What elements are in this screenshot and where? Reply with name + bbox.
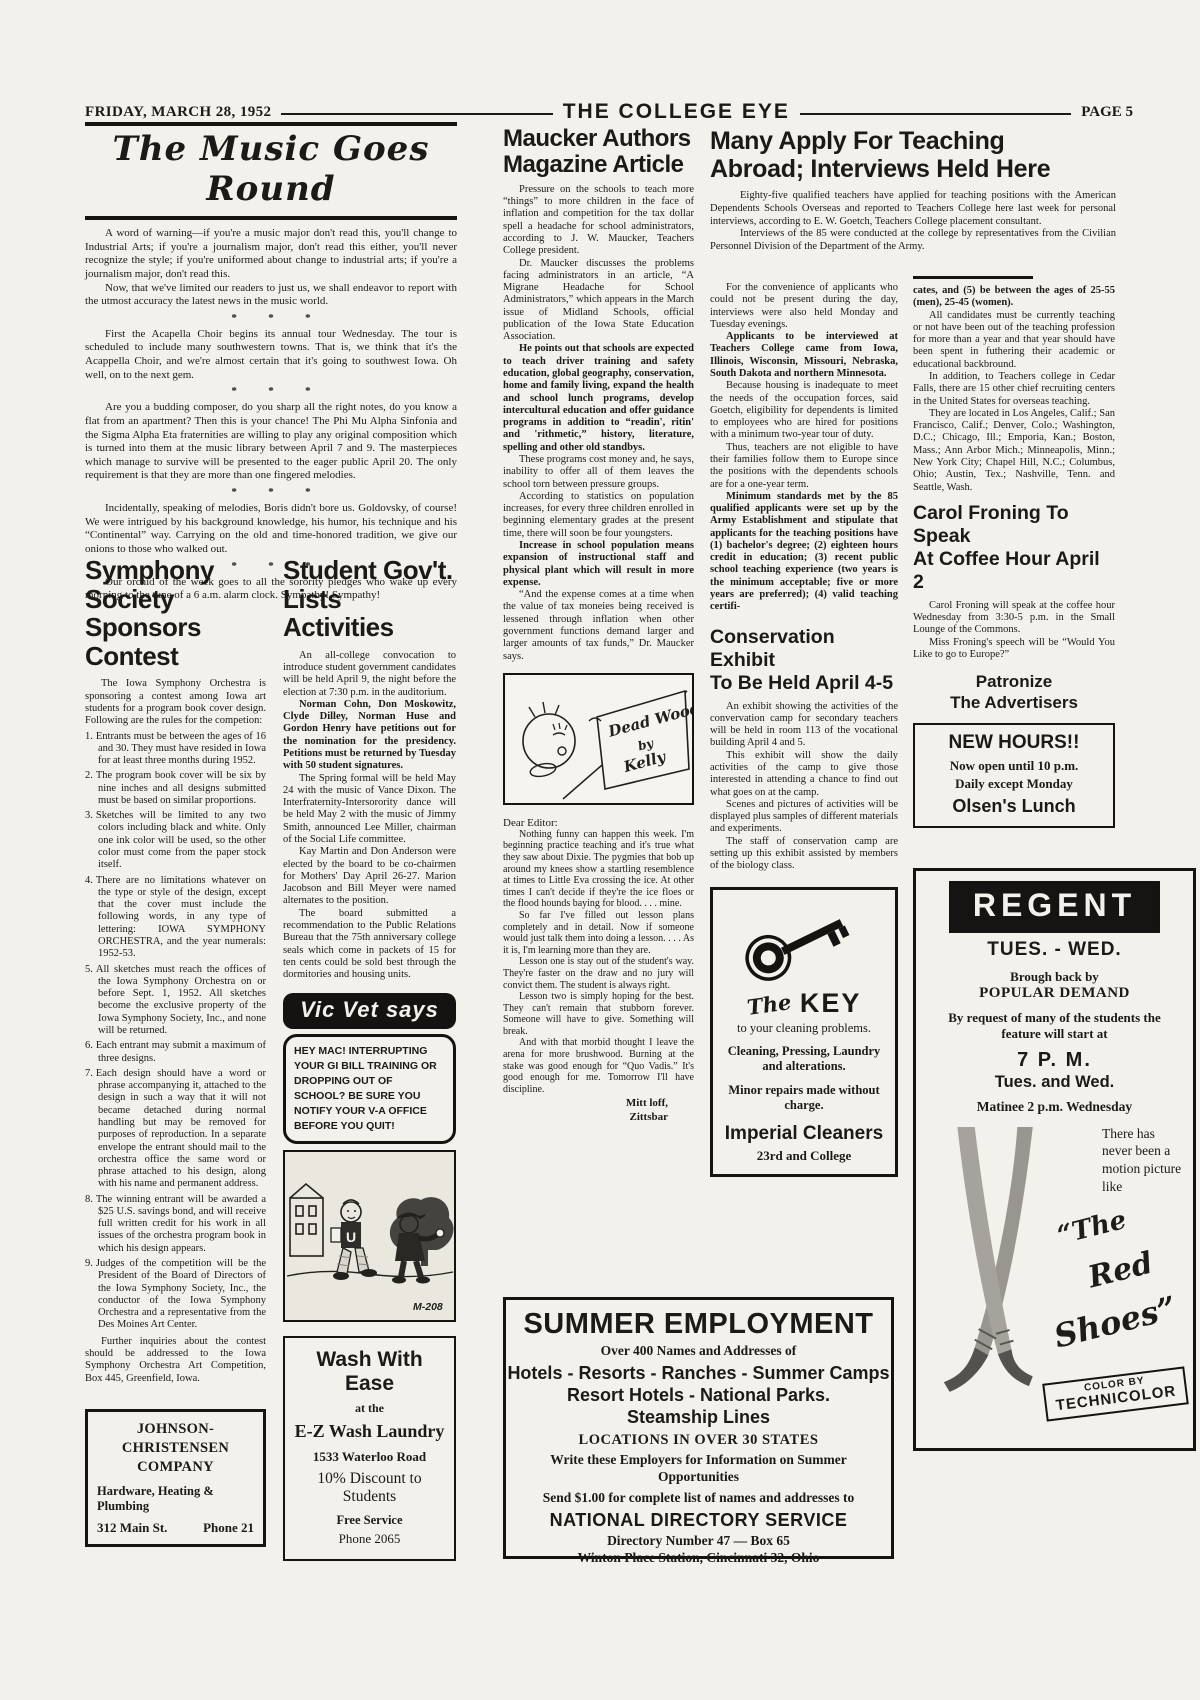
ad-address: 23rd and College — [720, 1148, 888, 1164]
regent-logo: REGENT — [949, 881, 1160, 933]
rule-text: There are no limitations whatever on the… — [96, 875, 266, 960]
ad-services: Hardware, Heating & Plumbing — [97, 1484, 254, 1514]
article-paragraph: The Iowa Symphony Orchestra is sponsorin… — [85, 678, 266, 727]
ad-note: Minor repairs made without charge. — [720, 1083, 888, 1114]
music-paragraph: First the Acapella Choir begins its annu… — [85, 328, 457, 383]
rule-number: 3. — [85, 810, 93, 821]
article-paragraph: An exhibit showing the activities of the… — [710, 701, 898, 750]
ad-line: Hotels - Resorts - Ranches - Summer Camp… — [506, 1363, 891, 1384]
ad-headline: Wash With Ease — [291, 1348, 448, 1396]
ad-phone: Phone 21 — [203, 1520, 254, 1536]
article-paragraph: The Spring formal will be held May 24 wi… — [283, 773, 456, 847]
section-divider: * * * — [85, 313, 457, 324]
article-paragraph: Increase in school population means expa… — [503, 540, 694, 589]
cartoon-illustration: Dead Wood by Kelly — [505, 675, 692, 803]
advertiser-name: JOHNSON-CHRISTENSEN — [97, 1420, 254, 1458]
ad-service: Free Service — [291, 1513, 448, 1528]
article-headline: Carol Froning To Speak — [913, 502, 1115, 548]
article-paragraph: cates, and (5) be between the ages of 25… — [913, 285, 1115, 310]
article-paragraph: Pressure on the schools to teach more “t… — [503, 184, 694, 258]
article-paragraph: Kay Martin and Don Anderson were elected… — [283, 846, 456, 907]
article-paragraph: Applicants to be interviewed at Teachers… — [710, 331, 898, 380]
rule-text: Each design should have a word or phrase… — [96, 1068, 266, 1190]
ad-line: Brough back by — [916, 969, 1193, 985]
article-paragraph: These programs cost money and, he says, … — [503, 454, 694, 491]
regent-theater-ad: REGENT TUES. - WED. Brough back by POPUL… — [913, 868, 1196, 1451]
ad-hours: Daily except Monday — [919, 776, 1109, 792]
notice-line: The Advertisers — [913, 692, 1115, 713]
header-rule — [800, 113, 1071, 115]
article-paragraph: “And the expense comes at a time when th… — [503, 589, 694, 663]
ad-subhead: Over 400 Names and Addresses of — [506, 1343, 891, 1359]
contest-rules-list: 1.Entrants must be between the ages of 1… — [85, 731, 266, 1332]
ad-line: Steamship Lines — [506, 1407, 891, 1428]
ad-subtext: at the — [291, 1401, 448, 1416]
article-headline: Maucker Authors — [503, 126, 694, 152]
masthead: THE COLLEGE EYE — [563, 100, 790, 124]
svg-text:U: U — [346, 1229, 356, 1245]
rule-item: 6.Each entrant may submit a maximum of t… — [85, 1040, 266, 1065]
music-paragraph: Now, that we've limited our readers to j… — [85, 282, 457, 309]
ad-tagline: to your cleaning problems. — [720, 1021, 888, 1036]
teaching-abroad-column-b: cates, and (5) be between the ages of 25… — [913, 276, 1115, 828]
key-icon — [729, 898, 879, 983]
ad-line: Send $1.00 for complete list of names an… — [506, 1490, 891, 1506]
rule-number: 9. — [85, 1258, 93, 1269]
letter-paragraph: Lesson two is simply hoping for the best… — [503, 991, 694, 1037]
ad-directory: Directory Number 47 — Box 65 — [506, 1533, 891, 1549]
letter-paragraph: And with that morbid thought I leave the… — [503, 1037, 694, 1095]
ad-line: Resort Hotels - National Parks. — [506, 1385, 891, 1406]
ballet-legs-illustration — [922, 1127, 1072, 1417]
rule-number: 1. — [85, 731, 93, 742]
article-headline: Sponsors Contest — [85, 613, 266, 670]
rule-text: Each entrant may submit a maximum of thr… — [96, 1040, 266, 1063]
advertiser-name: E-Z Wash Laundry — [291, 1421, 448, 1442]
teaching-abroad-column-a: For the convenience of applicants who co… — [710, 282, 898, 1177]
rule-text: Judges of the competition will be the Pr… — [96, 1258, 266, 1330]
music-column-title: The Music Goes Round — [85, 126, 457, 216]
ad-address: Winton Place Station, Cincinnati 32, Ohi… — [506, 1550, 891, 1566]
johnson-christensen-ad: JOHNSON-CHRISTENSEN COMPANY Hardware, He… — [85, 1409, 266, 1548]
red-shoes-art: There has never been a motion picture li… — [916, 1121, 1193, 1421]
summer-employment-ad: SUMMER EMPLOYMENT Over 400 Names and Add… — [503, 1297, 894, 1559]
rule-item: 7.Each design should have a word or phra… — [85, 1068, 266, 1191]
rule-number: 5. — [85, 964, 93, 975]
advertiser-name: Olsen's Lunch — [919, 796, 1109, 817]
ad-headline: SUMMER EMPLOYMENT — [506, 1308, 891, 1341]
rule-item: 4.There are no limitations whatever on t… — [85, 875, 266, 961]
rule-text: All sketches must reach the offices of t… — [96, 964, 266, 1036]
vic-vet-banner: Vic Vet says — [283, 993, 456, 1029]
rule-item: 5.All sketches must reach the offices of… — [85, 964, 266, 1038]
teaching-abroad-article: Many Apply For Teaching Abroad; Intervie… — [710, 128, 1116, 254]
ad-name: KEY — [800, 988, 862, 1018]
page-header: FRIDAY, MARCH 28, 1952 THE COLLEGE EYE P… — [85, 100, 1133, 124]
article-paragraph: All candidates must be currently teachin… — [913, 310, 1115, 371]
rule-number: 7. — [85, 1068, 93, 1079]
article-paragraph: The staff of conservation camp are setti… — [710, 836, 898, 873]
deadwood-cartoon: Dead Wood by Kelly — [503, 673, 694, 805]
matinee-time: Matinee 2 p.m. Wednesday — [916, 1099, 1193, 1115]
article-paragraph: Minimum standards met by the 85 qualifie… — [710, 491, 898, 614]
ad-line: Write these Employers for Information on… — [506, 1452, 891, 1486]
music-goes-round-column: The Music Goes Round A word of warning—i… — [85, 122, 457, 603]
cartoon-signature: M-208 — [413, 1301, 443, 1313]
ad-headline: NEW HOURS!! — [919, 732, 1109, 754]
student-gov-article: Student Gov't. Lists Activities An all-c… — [283, 556, 456, 1561]
rule-text: Sketches will be limited to any two colo… — [96, 810, 266, 870]
article-paragraph: In addition, to Teachers college in Ceda… — [913, 371, 1115, 408]
article-paragraph: Norman Cohn, Don Moskowitz, Clyde Dilley… — [283, 699, 456, 773]
vic-vet-ad: Vic Vet says HEY MAC! INTERRUPTING YOUR … — [283, 993, 456, 1321]
page-date: FRIDAY, MARCH 28, 1952 — [85, 104, 271, 121]
show-time: 7 P. M. — [916, 1049, 1193, 1072]
article-paragraph: The board submitted a recommendation to … — [283, 908, 456, 982]
letter-paragraph: Nothing funny can happen this week. I'm … — [503, 829, 694, 910]
ad-address: 1533 Waterloo Road — [291, 1449, 448, 1465]
advertiser-name: COMPANY — [97, 1458, 254, 1477]
section-divider: * * * — [85, 386, 457, 397]
symphony-article: Symphony Society Sponsors Contest The Io… — [85, 556, 266, 1547]
rule-item: 1.Entrants must be between the ages of 1… — [85, 731, 266, 768]
music-paragraph: A word of warning—if you're a music majo… — [85, 227, 457, 282]
music-paragraph: Are you a budding composer, do you sharp… — [85, 401, 457, 483]
conservation-article: Conservation Exhibit To Be Held April 4-… — [710, 626, 898, 873]
rule-number: 2. — [85, 770, 93, 781]
article-headline: Many Apply For Teaching — [710, 128, 1116, 156]
ad-tagline: There has never been a motion picture li… — [1102, 1125, 1188, 1196]
movie-title: Red — [1085, 1245, 1157, 1295]
rule-number: 6. — [85, 1040, 93, 1051]
letter-signature: Zittsbar — [503, 1111, 668, 1125]
header-rule — [281, 113, 552, 115]
column-rule — [913, 276, 1033, 279]
article-headline: Symphony Society — [85, 556, 266, 613]
music-paragraph: Incidentally, speaking of melodies, Bori… — [85, 502, 457, 557]
article-headline: Student Gov't. — [283, 556, 456, 585]
ad-phone: Phone 2065 — [291, 1531, 448, 1547]
advertiser-name: NATIONAL DIRECTORY SERVICE — [506, 1510, 891, 1531]
rule-item: 9.Judges of the competition will be the … — [85, 1258, 266, 1332]
article-paragraph: Scenes and pictures of activities will b… — [710, 799, 898, 836]
rule-text: Entrants must be between the ages of 16 … — [96, 731, 266, 767]
letter-paragraph: Lesson one is stay out of the student's … — [503, 956, 694, 991]
article-paragraph: Dr. Maucker discusses the problems facin… — [503, 258, 694, 344]
ad-name-script: The — [745, 989, 792, 1020]
froning-article: Carol Froning To Speak At Coffee Hour Ap… — [913, 502, 1115, 661]
speech-bubble: HEY MAC! INTERRUPTING YOUR GI BILL TRAIN… — [283, 1034, 456, 1143]
ad-discount: 10% Discount to Students — [291, 1470, 448, 1506]
article-paragraph: Further inquiries about the contest shou… — [85, 1336, 266, 1385]
advertiser-name: Imperial Cleaners — [720, 1123, 888, 1145]
rule-text: The program book cover will be six by ni… — [96, 770, 266, 806]
show-days: Tues. and Wed. — [916, 1073, 1193, 1092]
letter-to-editor: Nothing funny can happen this week. I'm … — [503, 829, 694, 1125]
ad-line: By request of many of the students the f… — [930, 1010, 1179, 1043]
rule-text: The winning entrant will be awarded a $2… — [96, 1194, 266, 1254]
article-headline: At Coffee Hour April 2 — [913, 548, 1115, 594]
article-paragraph: This exhibit will show the daily activit… — [710, 750, 898, 799]
notice-line: Patronize — [913, 671, 1115, 692]
ad-services: Cleaning, Pressing, Laundry and alterati… — [720, 1044, 888, 1075]
article-headline: Abroad; Interviews Held Here — [710, 156, 1116, 184]
article-paragraph: Eighty-five qualified teachers have appl… — [710, 190, 1116, 228]
article-paragraph: According to statistics on population in… — [503, 491, 694, 540]
imperial-cleaners-ad: The KEY to your cleaning problems. Clean… — [710, 887, 898, 1178]
rule-number: 8. — [85, 1194, 93, 1205]
letter-paragraph: So far I've filled out lesson plans comp… — [503, 910, 694, 956]
ad-line: POPULAR DEMAND — [916, 985, 1193, 1002]
article-paragraph: An all-college convocation to introduce … — [283, 650, 456, 699]
article-paragraph: Thus, teachers are not eligible to have … — [710, 442, 898, 491]
page-number: PAGE 5 — [1081, 104, 1133, 121]
article-paragraph: He points out that schools are expected … — [503, 343, 694, 454]
article-headline: Conservation Exhibit — [710, 626, 898, 672]
patronize-notice: Patronize The Advertisers — [913, 671, 1115, 714]
article-paragraph: Carol Froning will speak at the coffee h… — [913, 600, 1115, 637]
article-headline: Magazine Article — [503, 152, 694, 178]
maucker-article: Maucker Authors Magazine Article Pressur… — [503, 126, 694, 1292]
show-days: TUES. - WED. — [916, 939, 1193, 961]
article-paragraph: For the convenience of applicants who co… — [710, 282, 898, 331]
article-paragraph: Interviews of the 85 were conducted at t… — [710, 228, 1116, 254]
olsens-lunch-ad: NEW HOURS!! Now open until 10 p.m. Daily… — [913, 723, 1115, 828]
article-headline: Lists Activities — [283, 585, 456, 642]
ad-hours: Now open until 10 p.m. — [919, 758, 1109, 774]
article-paragraph: Because housing is inadequate to meet th… — [710, 380, 898, 441]
letter-salutation: Dear Editor: — [503, 817, 694, 829]
section-divider: * * * — [85, 487, 457, 498]
rule-number: 4. — [85, 875, 93, 886]
ad-address: 312 Main St. — [97, 1520, 167, 1536]
article-paragraph: They are located in Los Angeles, Calif.;… — [913, 408, 1115, 494]
column-rule — [85, 216, 457, 220]
article-paragraph: Miss Froning's speech will be “Would You… — [913, 637, 1115, 662]
newspaper-page: FRIDAY, MARCH 28, 1952 THE COLLEGE EYE P… — [0, 0, 1200, 1700]
vic-vet-cartoon: U M-208 — [283, 1150, 456, 1322]
ez-wash-laundry-ad: Wash With Ease at the E-Z Wash Laundry 1… — [283, 1336, 456, 1561]
rule-item: 2.The program book cover will be six by … — [85, 770, 266, 807]
cartoon-illustration: U M-208 — [285, 1152, 454, 1320]
article-headline: To Be Held April 4-5 — [710, 672, 898, 695]
letter-signature: Mitt loff, — [503, 1097, 668, 1111]
ad-line: LOCATIONS IN OVER 30 STATES — [506, 1432, 891, 1449]
rule-item: 3.Sketches will be limited to any two co… — [85, 810, 266, 871]
rule-item: 8.The winning entrant will be awarded a … — [85, 1194, 266, 1255]
